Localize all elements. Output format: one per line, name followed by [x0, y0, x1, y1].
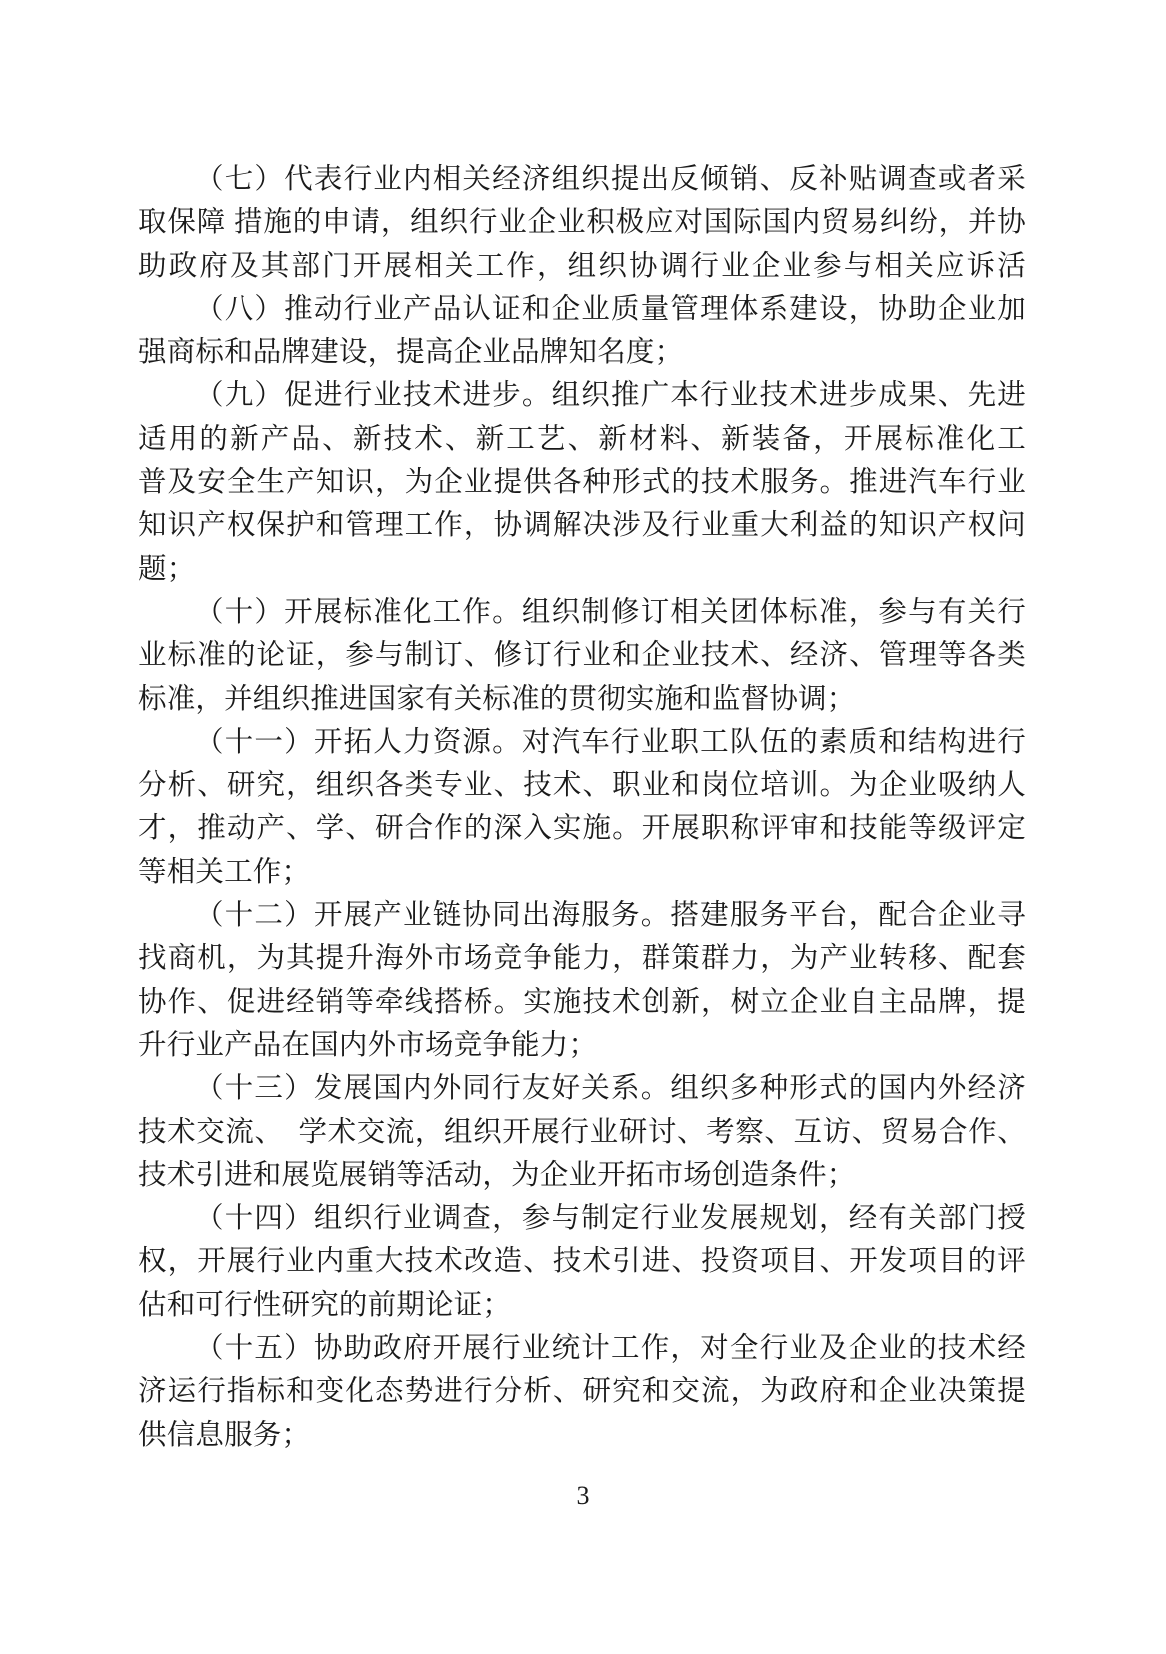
text-line: 普及安全生产知识，为企业提供各种形式的技术服务。推进汽车行业 [138, 461, 1026, 504]
paragraph: （十一）开拓人力资源。对汽车行业职工队伍的素质和结构进行分析、研究，组织各类专业… [138, 721, 1026, 894]
text-line: （十一）开拓人力资源。对汽车行业职工队伍的素质和结构进行 [138, 721, 1026, 764]
text-line: （七）代表行业内相关经济组织提出反倾销、反补贴调查或者采 [138, 158, 1026, 201]
text-line: （十）开展标准化工作。组织制修订相关团体标准，参与有关行 [138, 591, 1026, 634]
text-line: 协作、促进经销等牵线搭桥。实施技术创新，树立企业自主品牌，提 [138, 981, 1026, 1024]
text-line: 题； [138, 548, 1026, 591]
paragraph: （十三）发展国内外同行友好关系。组织多种形式的国内外经济技术交流、 学术交流，组… [138, 1067, 1026, 1197]
paragraph: （八）推动行业产品认证和企业质量管理体系建设，协助企业加强商标和品牌建设，提高企… [138, 288, 1026, 375]
text-line: （十四）组织行业调查，参与制定行业发展规划，经有关部门授 [138, 1197, 1026, 1240]
text-line: 找商机，为其提升海外市场竞争能力，群策群力，为产业转移、配套 [138, 937, 1026, 980]
text-line: 强商标和品牌建设，提高企业品牌知名度； [138, 331, 1026, 374]
text-line: （十五）协助政府开展行业统计工作，对全行业及企业的技术经 [138, 1327, 1026, 1370]
page-footer: 3 [0, 1478, 1166, 1514]
text-line: （八）推动行业产品认证和企业质量管理体系建设，协助企业加 [138, 288, 1026, 331]
text-line: 升行业产品在国内外市场竞争能力； [138, 1024, 1026, 1067]
document-page: （七）代表行业内相关经济组织提出反倾销、反补贴调查或者采取保障 措施的申请，组织… [0, 0, 1166, 1654]
text-line: 技术交流、 学术交流，组织开展行业研讨、考察、互访、贸易合作、 [138, 1111, 1026, 1154]
text-line: 知识产权保护和管理工作，协调解决涉及行业重大利益的知识产权问 [138, 504, 1026, 547]
paragraph: （十）开展标准化工作。组织制修订相关团体标准，参与有关行业标准的论证，参与制订、… [138, 591, 1026, 721]
text-line: 才，推动产、学、研合作的深入实施。开展职称评审和技能等级评定 [138, 807, 1026, 850]
text-line: 济运行指标和变化态势进行分析、研究和交流，为政府和企业决策提 [138, 1370, 1026, 1413]
paragraph: （九）促进行业技术进步。组织推广本行业技术进步成果、先进适用的新产品、新技术、新… [138, 374, 1026, 590]
paragraph: （十五）协助政府开展行业统计工作，对全行业及企业的技术经济运行指标和变化态势进行… [138, 1327, 1026, 1457]
text-line: 等相关工作； [138, 851, 1026, 894]
text-line: （九）促进行业技术进步。组织推广本行业技术进步成果、先进 [138, 374, 1026, 417]
text-line: 适用的新产品、新技术、新工艺、新材料、新装备，开展标准化工作， [138, 418, 1026, 461]
paragraph: （七）代表行业内相关经济组织提出反倾销、反补贴调查或者采取保障 措施的申请，组织… [138, 158, 1026, 288]
paragraph: （十二）开展产业链协同出海服务。搭建服务平台，配合企业寻找商机，为其提升海外市场… [138, 894, 1026, 1067]
text-line: 业标准的论证，参与制订、修订行业和企业技术、经济、管理等各类 [138, 634, 1026, 677]
text-line: 分析、研究，组织各类专业、技术、职业和岗位培训。为企业吸纳人 [138, 764, 1026, 807]
page-number: 3 [577, 1481, 590, 1510]
text-line: 助政府及其部门开展相关工作，组织协调行业企业参与相关应诉活动； [138, 245, 1026, 288]
text-line: 估和可行性研究的前期论证； [138, 1284, 1026, 1327]
text-line: 标准，并组织推进国家有关标准的贯彻实施和监督协调； [138, 678, 1026, 721]
text-line: 技术引进和展览展销等活动，为企业开拓市场创造条件； [138, 1154, 1026, 1197]
text-line: 权，开展行业内重大技术改造、技术引进、投资项目、开发项目的评 [138, 1240, 1026, 1283]
paragraph: （十四）组织行业调查，参与制定行业发展规划，经有关部门授权，开展行业内重大技术改… [138, 1197, 1026, 1327]
document-body: （七）代表行业内相关经济组织提出反倾销、反补贴调查或者采取保障 措施的申请，组织… [138, 158, 1026, 1457]
text-line: 供信息服务； [138, 1414, 1026, 1457]
text-line: 取保障 措施的申请，组织行业企业积极应对国际国内贸易纠纷，并协 [138, 201, 1026, 244]
text-line: （十二）开展产业链协同出海服务。搭建服务平台，配合企业寻 [138, 894, 1026, 937]
text-line: （十三）发展国内外同行友好关系。组织多种形式的国内外经济 [138, 1067, 1026, 1110]
